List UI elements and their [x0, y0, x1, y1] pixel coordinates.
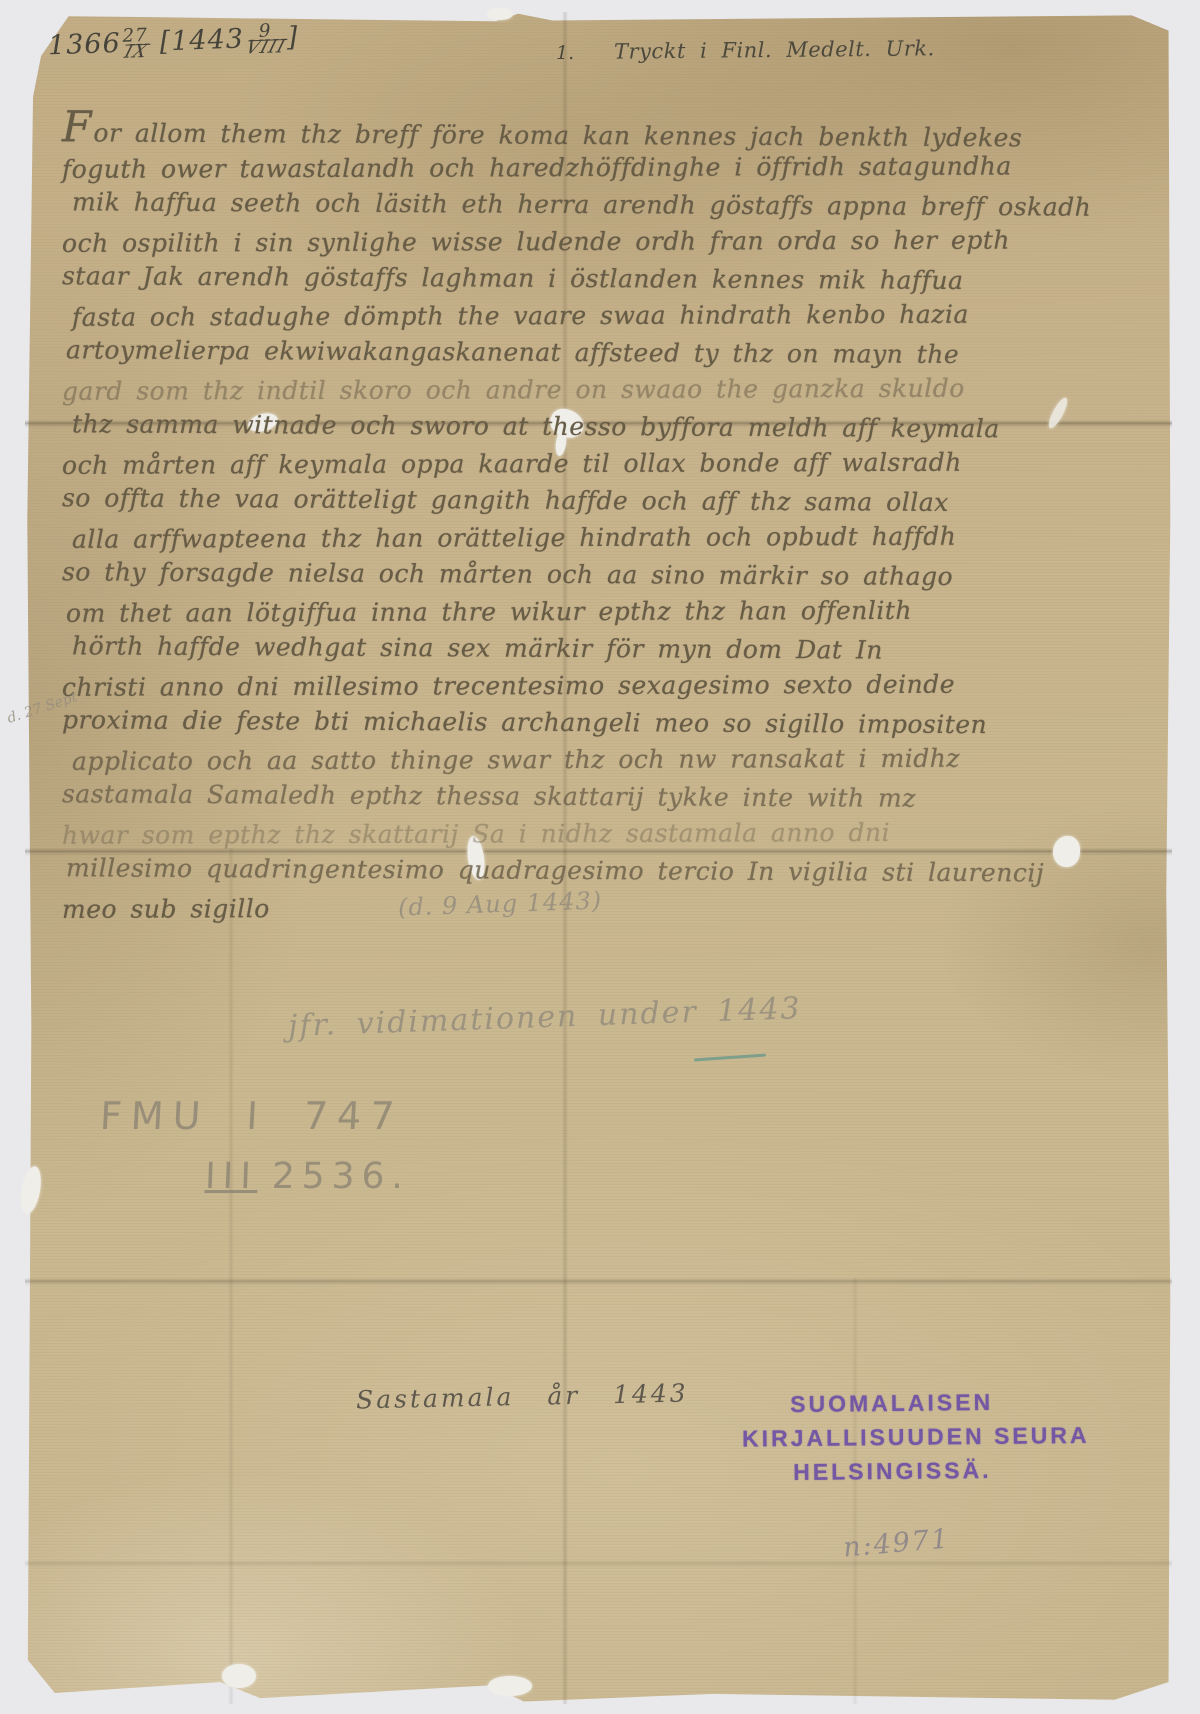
manuscript-line: och ospilith i sin synlighe wisse ludend… [62, 221, 1104, 262]
date-year-2: 1443 [171, 24, 245, 58]
manuscript-line: mik haffua seeth och läsith eth herra ar… [62, 183, 1104, 225]
manuscript-line: applicato och aa satto thinge swar thz o… [62, 739, 1104, 780]
manuscript-line: christi anno dni millesimo trecentesimo … [62, 665, 1104, 706]
manuscript-line: och mårten aff keymala oppa kaarde til o… [62, 443, 1104, 484]
manuscript-line: foguth ower tawastalandh och haredzhöffd… [62, 147, 1104, 188]
stamp-line-2: KIRJALLISUUDEN SEURA [742, 1418, 1042, 1455]
fmu-reference-2: III2536. [204, 1156, 410, 1197]
manuscript-line: millesimo quadringentesimo quadragesimo … [62, 849, 1104, 891]
date-fraction-2: 9VIII [245, 24, 285, 56]
manuscript-line: proxima die feste bti michaelis archange… [62, 701, 1104, 743]
fmu-volume-numeral: III [204, 1156, 258, 1197]
manuscript-line: so offta the vaa orätteligt gangith haff… [62, 479, 1104, 521]
date-year: 1366 [48, 28, 122, 62]
fmu-document-number: 2536. [271, 1156, 410, 1197]
paper-damage-spot [487, 8, 513, 20]
manuscript-line: so thy forsagde nielsa och mårten och aa… [62, 553, 1104, 595]
manuscript-line: alla arffwapteena thz han orättelige hin… [62, 517, 1104, 558]
date-fraction-1: 27IX [122, 29, 148, 60]
stamp-line-3: HELSINGISSÄ. [742, 1452, 1042, 1489]
manuscript-text-block: For allom them thz breff före koma kan k… [62, 112, 1104, 926]
manuscript-line: artoymelierpa ekwiwakangaskanenat affste… [62, 331, 1104, 373]
manuscript-line: hwar som epthz thz skattarij Sa i nidhz … [62, 813, 1104, 854]
manuscript-line: gard som thz indtil skoro och andre on s… [62, 369, 1104, 410]
manuscript-line: hörth haffde wedhgat sina sex märkir för… [62, 627, 1104, 669]
manuscript-line: thz samma witnade och sworo at thesso by… [62, 405, 1104, 447]
manuscript-line: staar Jak arendh göstaffs laghman i östl… [62, 257, 1104, 299]
stamp-line-1: SUOMALAISEN [741, 1384, 1041, 1421]
fmu-reference-1: FMU I 747 [99, 1094, 405, 1138]
manuscript-line: om thet aan lötgiffua inna thre wikur ep… [62, 591, 1104, 632]
manuscript-line: For allom them thz breff före koma kan k… [62, 109, 1104, 151]
printed-reference-note: Tryckt i Finl. Medelt. Urk. [614, 36, 935, 63]
manuscript-line: sastamala Samaledh epthz thessa skattari… [62, 775, 1104, 817]
paper-edge-tear [222, 1664, 256, 1688]
paper-edge-tear [488, 1676, 532, 1696]
manuscript-line: fasta och stadughe dömpth the vaare swaa… [62, 295, 1104, 336]
page-number-mark: 1. [556, 42, 574, 64]
scanned-manuscript-page: { "document_kind": "archival scan of a m… [0, 0, 1200, 1714]
library-stamp: SUOMALAISEN KIRJALLISUUDEN SEURA HELSING… [741, 1384, 1042, 1489]
